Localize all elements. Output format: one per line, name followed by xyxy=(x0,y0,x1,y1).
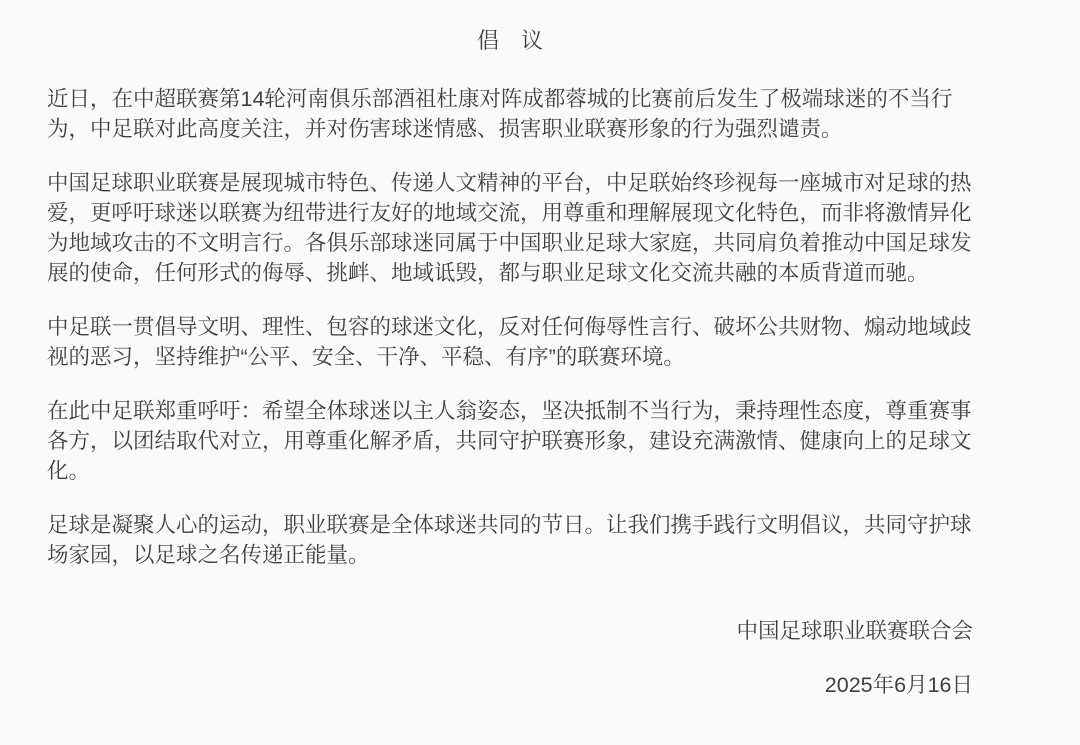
paragraph-1: 近日，在中超联赛第14轮河南俱乐部酒祖杜康对阵成都蓉城的比赛前后发生了极端球迷的… xyxy=(47,84,973,144)
signature: 中国足球职业联赛联合会 xyxy=(47,616,973,646)
announcement-document: 倡 议 近日，在中超联赛第14轮河南俱乐部酒祖杜康对阵成都蓉城的比赛前后发生了极… xyxy=(47,0,973,700)
date: 2025年6月16日 xyxy=(47,670,973,700)
paragraph-5: 足球是凝聚人心的运动，职业联赛是全体球迷共同的节日。让我们携手践行文明倡议，共同… xyxy=(47,510,973,570)
paragraph-3: 中足联一贯倡导文明、理性、包容的球迷文化，反对任何侮辱性言行、破坏公共财物、煽动… xyxy=(47,312,973,372)
document-title: 倡 议 xyxy=(47,28,973,54)
paragraph-4: 在此中足联郑重呼吁：希望全体球迷以主人翁姿态，坚决抵制不当行为，秉持理性态度，尊… xyxy=(47,396,973,486)
paragraph-2: 中国足球职业联赛是展现城市特色、传递人文精神的平台，中足联始终珍视每一座城市对足… xyxy=(47,168,973,288)
